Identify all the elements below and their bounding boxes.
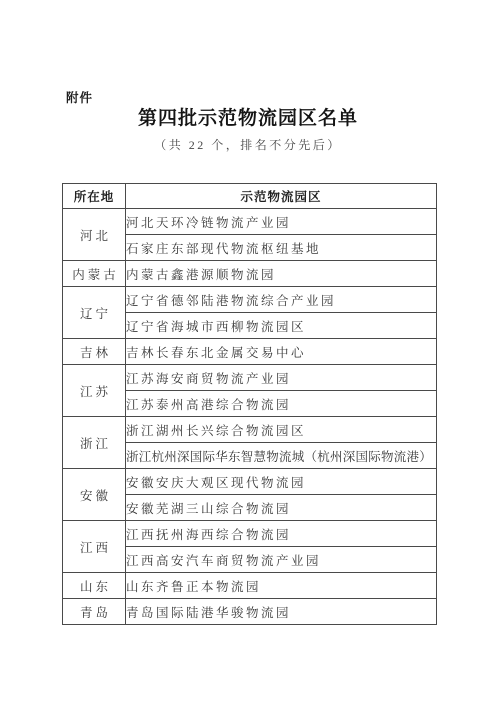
table-row: 江苏江苏海安商贸物流产业园 [63, 365, 437, 391]
table-row: 辽宁辽宁省德邻陆港物流综合产业园 [63, 287, 437, 313]
table-row: 河北河北天环冷链物流产业园 [63, 209, 437, 235]
park-cell: 浙江湖州长兴综合物流园区 [126, 417, 437, 443]
park-cell: 江西抚州海西综合物流园 [126, 521, 437, 547]
province-cell: 内蒙古 [63, 261, 126, 287]
table-row: 青岛青岛国际陆港华骏物流园 [63, 599, 437, 625]
park-cell: 安徽安庆大观区现代物流园 [126, 469, 437, 495]
province-cell: 河北 [63, 209, 126, 261]
province-cell: 江苏 [63, 365, 126, 417]
page-subtitle: （共 22 个，排名不分先后） [0, 138, 496, 153]
park-cell: 青岛国际陆港华骏物流园 [126, 599, 437, 625]
province-cell: 辽宁 [63, 287, 126, 339]
table-row: 吉林吉林长春东北金属交易中心 [63, 339, 437, 365]
table-row: 安徽安徽安庆大观区现代物流园 [63, 469, 437, 495]
park-cell: 河北天环冷链物流产业园 [126, 209, 437, 235]
park-cell: 辽宁省德邻陆港物流综合产业园 [126, 287, 437, 313]
park-cell: 山东齐鲁正本物流园 [126, 573, 437, 599]
park-cell: 江苏海安商贸物流产业园 [126, 365, 437, 391]
logistics-parks-table: 所在地 示范物流园区 河北河北天环冷链物流产业园石家庄东部现代物流枢纽基地内蒙古… [62, 183, 437, 625]
column-header-park: 示范物流园区 [126, 184, 437, 209]
park-cell: 吉林长春东北金属交易中心 [126, 339, 437, 365]
province-cell: 吉林 [63, 339, 126, 365]
table-row: 山东山东齐鲁正本物流园 [63, 573, 437, 599]
page-title: 第四批示范物流园区名单 [0, 107, 496, 131]
province-cell: 浙江 [63, 417, 126, 469]
park-cell: 江苏泰州高港综合物流园 [126, 391, 437, 417]
park-cell: 内蒙古鑫港源顺物流园 [126, 261, 437, 287]
park-cell: 浙江杭州深国际华东智慧物流城（杭州深国际物流港） [126, 443, 437, 469]
province-cell: 江西 [63, 521, 126, 573]
column-header-location: 所在地 [63, 184, 126, 209]
table-header-row: 所在地 示范物流园区 [63, 184, 437, 209]
table-row: 内蒙古内蒙古鑫港源顺物流园 [63, 261, 437, 287]
province-cell: 山东 [63, 573, 126, 599]
table-row: 浙江浙江湖州长兴综合物流园区 [63, 417, 437, 443]
park-cell: 安徽芜湖三山综合物流园 [126, 495, 437, 521]
province-cell: 青岛 [63, 599, 126, 625]
table-row: 江西江西抚州海西综合物流园 [63, 521, 437, 547]
park-cell: 石家庄东部现代物流枢纽基地 [126, 235, 437, 261]
province-cell: 安徽 [63, 469, 126, 521]
table-body: 河北河北天环冷链物流产业园石家庄东部现代物流枢纽基地内蒙古内蒙古鑫港源顺物流园辽… [63, 209, 437, 625]
park-cell: 江西高安汽车商贸物流产业园 [126, 547, 437, 573]
document-page: 附件 第四批示范物流园区名单 （共 22 个，排名不分先后） 所在地 示范物流园… [0, 0, 496, 701]
park-cell: 辽宁省海城市西柳物流园区 [126, 313, 437, 339]
attachment-label: 附件 [66, 88, 93, 106]
